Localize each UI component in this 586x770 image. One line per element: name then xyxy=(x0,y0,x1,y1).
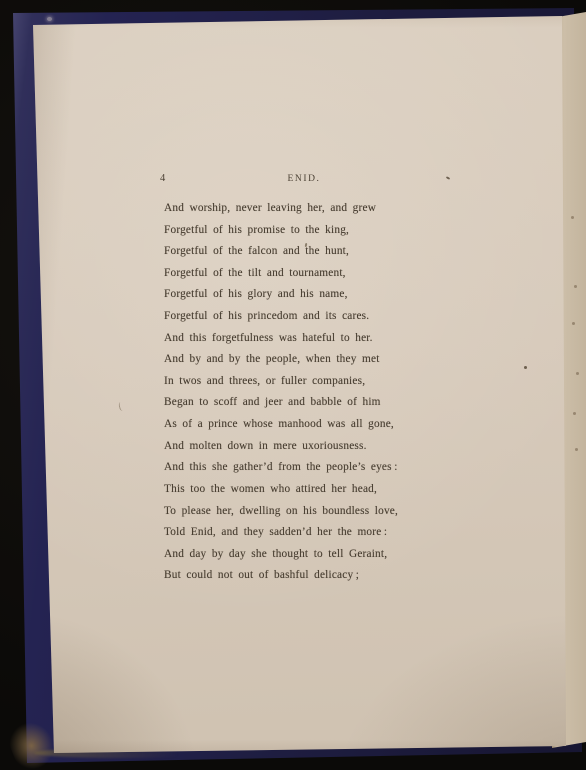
poem-line: Forgetful of the falcon and the hunt, xyxy=(164,241,398,263)
poem-line: Forgetful of his glory and his name, xyxy=(164,284,398,306)
cover-corner-highlight xyxy=(47,17,52,21)
poem-line: Forgetful of the tilt and tournament, xyxy=(164,263,398,285)
margin-mark xyxy=(118,402,125,412)
poem-text: And worship, never leaving her, and grew… xyxy=(164,198,398,587)
poem-line: As of a prince whose manhood was all gon… xyxy=(164,414,398,436)
page-edge-fleck xyxy=(573,412,576,415)
paper-speck xyxy=(446,176,450,180)
poem-line: In twos and threes, or fuller companies, xyxy=(164,371,398,393)
poem-line: To please her, dwelling on his boundless… xyxy=(164,501,398,523)
book-page: 4 ENID. And worship, never leaving her, … xyxy=(0,0,586,770)
page-edge-fleck xyxy=(575,448,578,451)
poem-line: And day by day she thought to tell Gerai… xyxy=(164,544,398,566)
poem-line: And this forgetfulness was hateful to he… xyxy=(164,328,398,350)
poem-line: And molten down in mere uxoriousness. xyxy=(164,436,398,458)
poem-line: And this she gather’d from the people’s … xyxy=(164,457,398,479)
poem-line: This too the women who attired her head, xyxy=(164,479,398,501)
page-number: 4 xyxy=(160,173,166,184)
page-edge-fleck xyxy=(576,372,579,375)
page-edge-fleck xyxy=(572,322,575,325)
poem-line: Told Enid, and they sadden’d her the mor… xyxy=(164,522,398,544)
poem-line: Forgetful of his promise to the king, xyxy=(164,220,398,242)
photo-backdrop: 4 ENID. And worship, never leaving her, … xyxy=(0,0,586,770)
foxing-dot xyxy=(524,366,527,369)
poem-line: Forgetful of his princedom and its cares… xyxy=(164,306,398,328)
poem-line: But could not out of bashful delicacy ; xyxy=(164,565,398,587)
page-edge-fleck xyxy=(571,216,574,219)
poem-line: Began to scoff and jeer and babble of hi… xyxy=(164,392,398,414)
running-header: ENID. xyxy=(244,174,364,184)
poem-line: And worship, never leaving her, and grew xyxy=(164,198,398,220)
poem-line: And by and by the people, when they met xyxy=(164,349,398,371)
page-edge-fleck xyxy=(574,285,577,288)
